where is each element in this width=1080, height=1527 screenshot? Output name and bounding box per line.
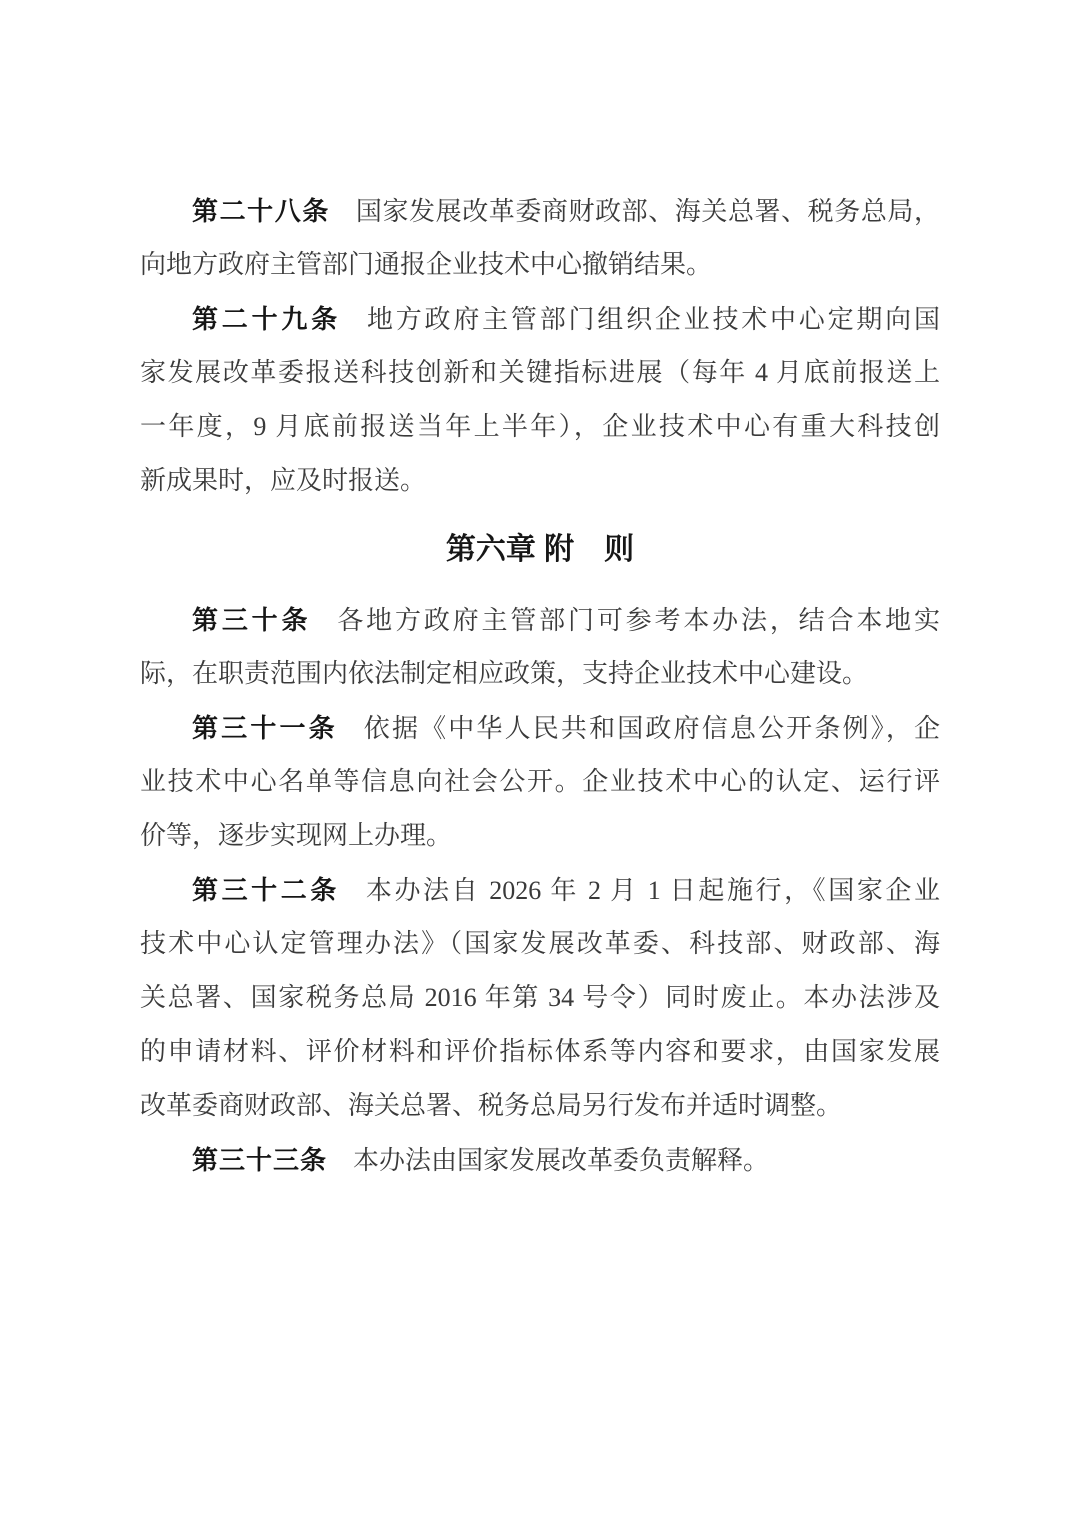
article-number: 第二十九条 [192,304,341,334]
article-line: 第三十条各地方政府主管部门可参考本办法，结合本地实 [140,593,940,647]
article-number: 第二十八条 [192,196,330,226]
article-paragraph: 第二十九条地方政府主管部门组织企业技术中心定期向国 家发展改革委报送科技创新和关… [140,292,940,508]
article-paragraph: 第三十条各地方政府主管部门可参考本办法，结合本地实 际，在职责范围内依法制定相应… [140,593,940,701]
chapter-heading: 第六章 附 则 [140,523,940,577]
article-line-text: 依据《中华人民共和国政府信息公开条例》，企 [364,714,940,743]
article-paragraph: 第三十三条本办法由国家发展改革委负责解释。 [140,1133,940,1187]
article-line: 第二十九条地方政府主管部门组织企业技术中心定期向国 [140,292,940,346]
article-line: 的申请材料、评价材料和评价指标体系等内容和要求，由国家发展 [140,1025,940,1079]
article-line: 技术中心认定管理办法》（国家发展改革委、科技部、财政部、海 [140,917,940,971]
article-line-text: 各地方政府主管部门可参考本办法，结合本地实 [337,606,940,635]
document-content: 第二十八条国家发展改革委商财政部、海关总署、税务总局， 向地方政府主管部门通报企… [140,184,940,1187]
article-paragraph: 第三十一条依据《中华人民共和国政府信息公开条例》，企 业技术中心名单等信息向社会… [140,701,940,863]
article-line-text: 本办法自 2026 年 2 月 1 日起施行，《国家企业 [366,876,940,905]
article-line: 业技术中心名单等信息向社会公开。企业技术中心的认定、运行评 [140,755,940,809]
article-number: 第三十一条 [192,713,338,743]
article-line: 际，在职责范围内依法制定相应政策，支持企业技术中心建设。 [140,647,940,701]
article-line: 新成果时，应及时报送。 [140,454,940,508]
article-line-text: 地方政府主管部门组织企业技术中心定期向国 [367,305,940,334]
article-line: 家发展改革委报送科技创新和关键指标进展（每年 4 月底前报送上 [140,346,940,400]
article-line-text: 国家发展改革委商财政部、海关总署、税务总局， [356,197,940,226]
article-line: 关总署、国家税务总局 2016 年第 34 号令）同时废止。本办法涉及 [140,971,940,1025]
article-line-text: 本办法由国家发展改革委负责解释。 [353,1146,769,1175]
article-line: 第二十八条国家发展改革委商财政部、海关总署、税务总局， [140,184,940,238]
article-line: 改革委商财政部、海关总署、税务总局另行发布并适时调整。 [140,1079,940,1133]
article-line: 向地方政府主管部门通报企业技术中心撤销结果。 [140,238,940,292]
article-paragraph: 第三十二条本办法自 2026 年 2 月 1 日起施行，《国家企业 技术中心认定… [140,863,940,1133]
article-line: 价等，逐步实现网上办理。 [140,809,940,863]
article-line: 第三十一条依据《中华人民共和国政府信息公开条例》，企 [140,701,940,755]
article-line: 第三十二条本办法自 2026 年 2 月 1 日起施行，《国家企业 [140,863,940,917]
article-number: 第三十二条 [192,875,340,905]
article-line: 一年度，9 月底前报送当年上半年），企业技术中心有重大科技创 [140,400,940,454]
article-number: 第三十三条 [192,1145,327,1175]
document-page: 第二十八条国家发展改革委商财政部、海关总署、税务总局， 向地方政府主管部门通报企… [0,0,1080,1527]
article-line: 第三十三条本办法由国家发展改革委负责解释。 [140,1133,940,1187]
article-number: 第三十条 [192,605,311,635]
article-paragraph: 第二十八条国家发展改革委商财政部、海关总署、税务总局， 向地方政府主管部门通报企… [140,184,940,292]
